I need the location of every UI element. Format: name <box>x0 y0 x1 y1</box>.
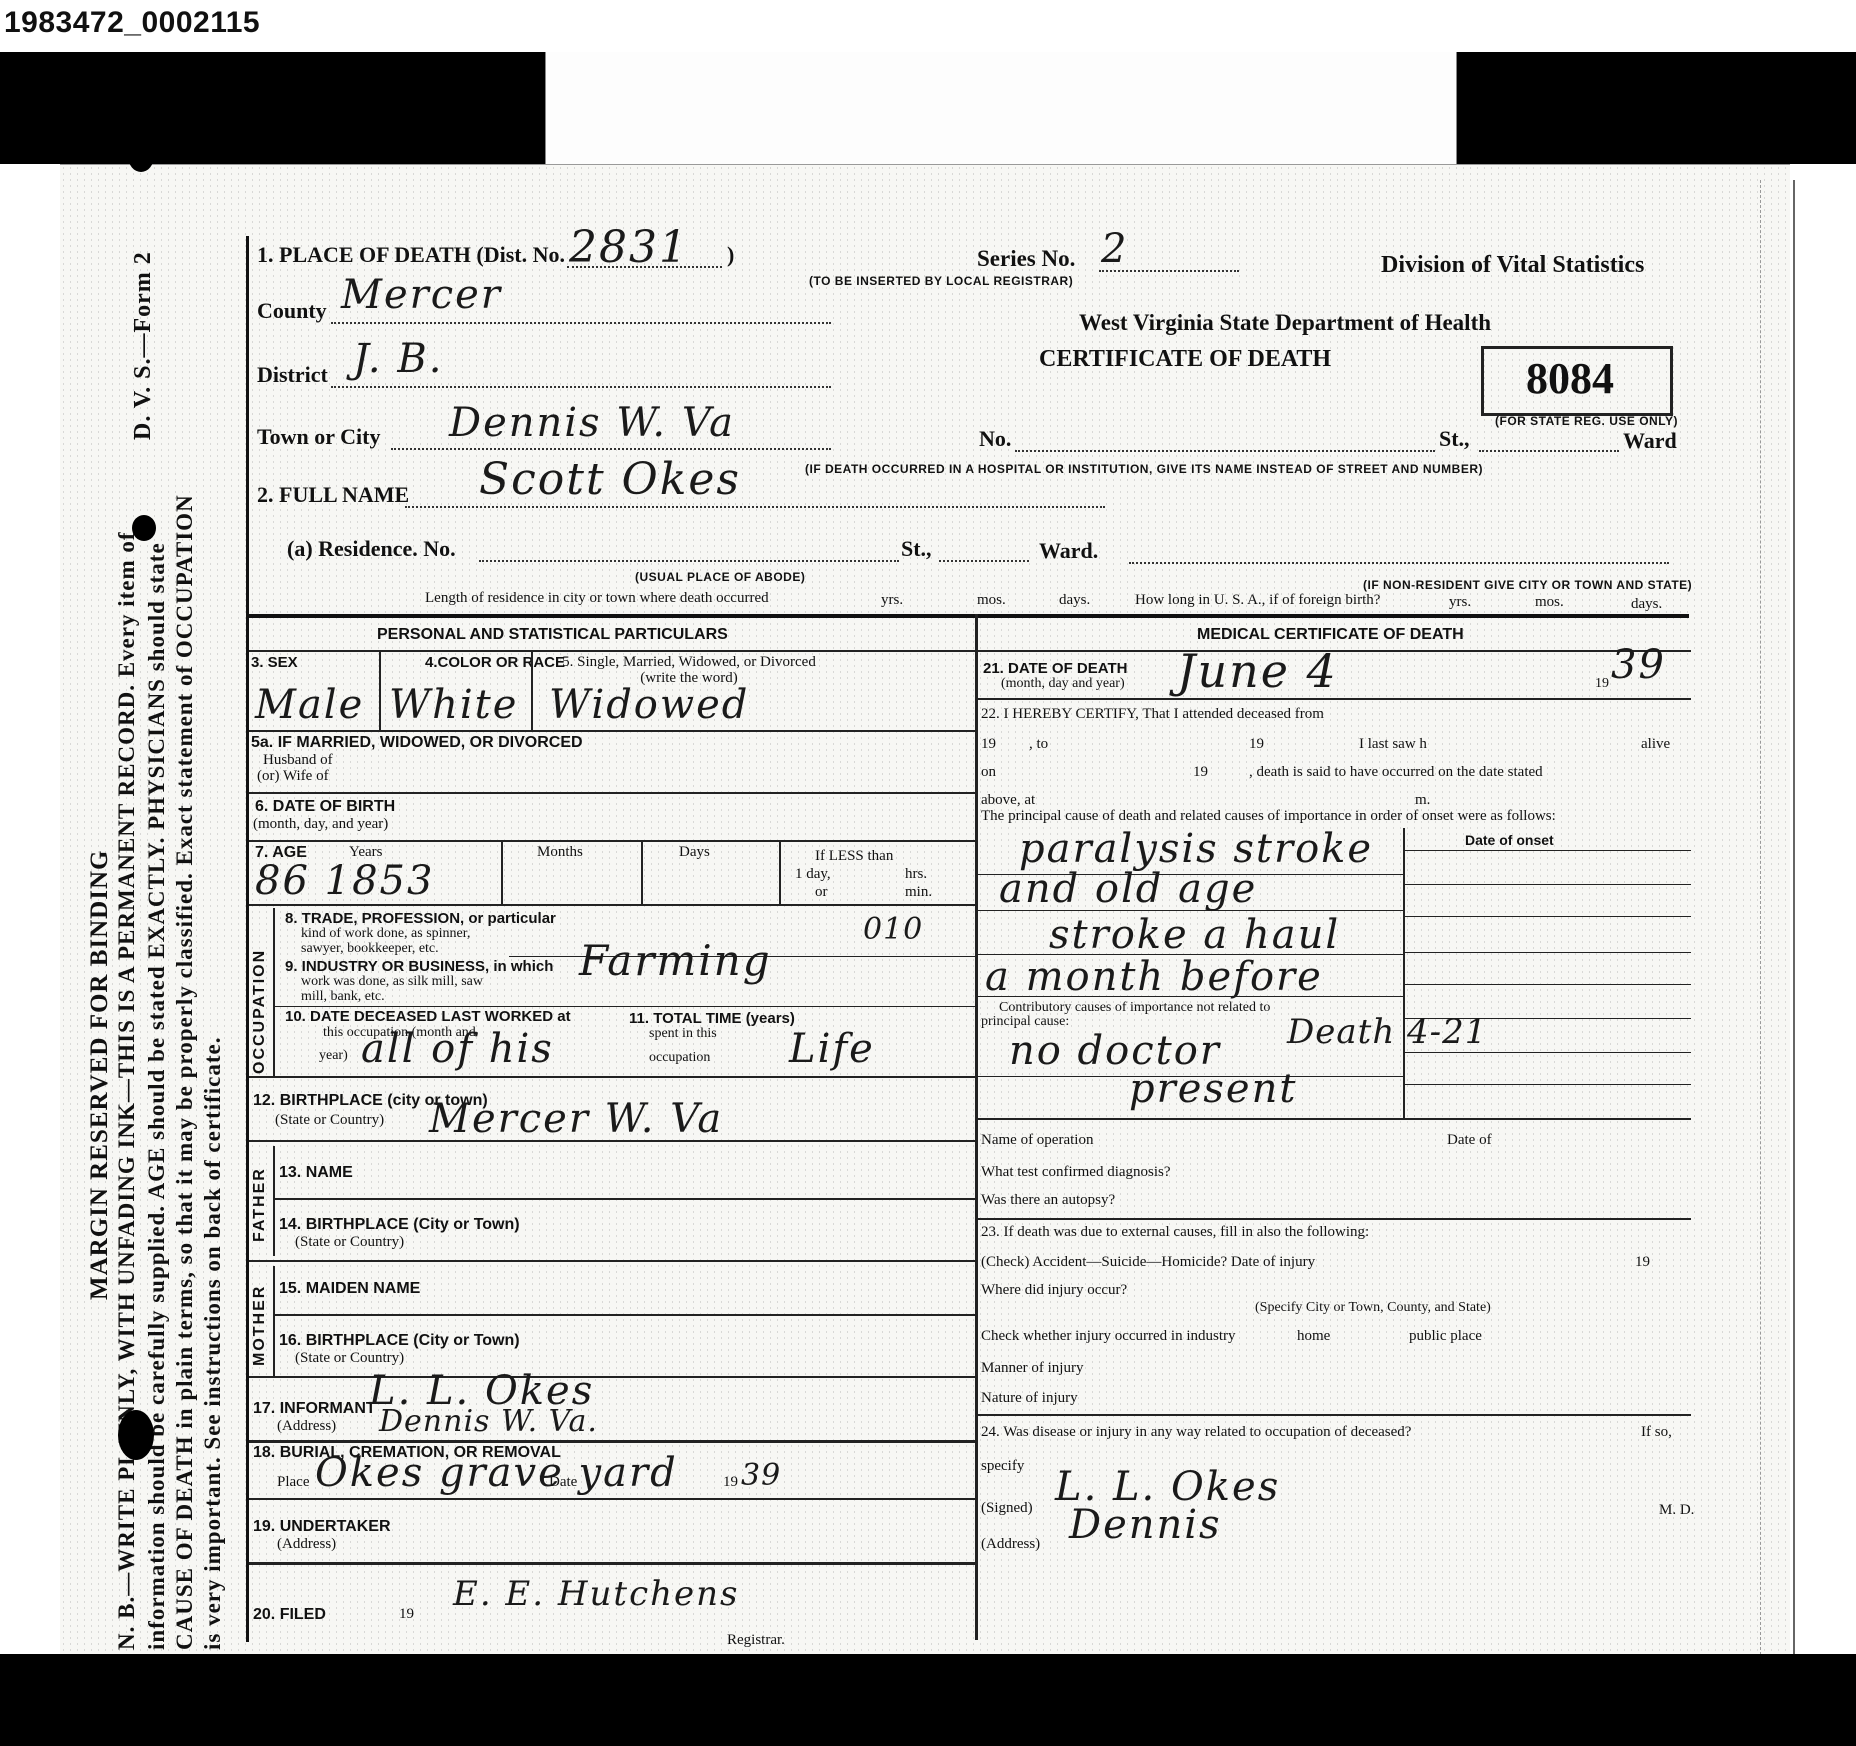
informant-address[interactable]: Dennis W. Va. <box>379 1404 598 1439</box>
certificate-title: CERTIFICATE OF DEATH <box>1039 346 1331 373</box>
cause-line-4[interactable]: a month before <box>985 954 1323 1000</box>
operation-label: Name of operation <box>981 1132 1093 1149</box>
scan-border-bottom <box>0 1654 1856 1746</box>
residence-st-label: St., <box>901 536 932 562</box>
industry-label: 9. INDUSTRY OR BUSINESS, in which <box>285 958 553 975</box>
marital-value[interactable]: Widowed <box>549 682 749 728</box>
state-number: 8084 <box>1526 353 1614 404</box>
cause-line-3[interactable]: stroke a haul <box>1049 912 1340 958</box>
medical-section-title: MEDICAL CERTIFICATE OF DEATH <box>1197 626 1464 644</box>
instruction-line-1: N. B.—WRITE PLAINLY, WITH UNFADING INK—T… <box>114 531 140 1650</box>
total-time-label: 11. TOTAL TIME (years) <box>629 1010 795 1027</box>
physician-address-value[interactable]: Dennis <box>1069 1502 1222 1548</box>
place-ward-label: Ward <box>1623 428 1677 454</box>
scan-border-left <box>0 52 545 164</box>
mother-maiden-label: 15. MAIDEN NAME <box>279 1280 420 1298</box>
ink-blot <box>132 515 156 541</box>
dod-year-value[interactable]: 39 <box>1611 642 1666 688</box>
district-label: District <box>257 362 328 388</box>
ink-blot <box>128 140 154 172</box>
check-injury-label: (Check) Accident—Suicide—Homicide? Date … <box>981 1254 1315 1271</box>
town-label: Town or City <box>257 424 380 450</box>
usa-residence-label: How long in U. S. A., if of foreign birt… <box>1135 592 1380 609</box>
nonresident-note: (IF NON-RESIDENT GIVE CITY OR TOWN AND S… <box>1363 578 1692 592</box>
burial-place-value[interactable]: Okes grave yard <box>315 1450 678 1496</box>
county-label: County <box>257 298 327 324</box>
physician-address-label: (Address) <box>981 1536 1040 1553</box>
series-number[interactable]: 2 <box>1101 226 1128 272</box>
full-name-label: 2. FULL NAME <box>257 482 409 508</box>
date-of-onset-label: Date of onset <box>1465 832 1554 848</box>
margin-reserved-note: MARGIN RESERVED FOR BINDING <box>86 850 114 1300</box>
race-label: 4.COLOR OR RACE <box>425 654 565 671</box>
registrar-signature[interactable]: E. E. Hutchens <box>453 1574 740 1614</box>
signed-label: (Signed) <box>981 1500 1033 1517</box>
dist-no-note: (TO BE INSERTED BY LOCAL REGISTRAR) <box>809 274 1073 288</box>
paper-top-tab <box>545 52 1457 166</box>
town-value[interactable]: Dennis W. Va <box>449 400 735 446</box>
nature-injury-label: Nature of injury <box>981 1390 1078 1407</box>
father-birthplace-label: 14. BIRTHPLACE (City or Town) <box>279 1216 520 1234</box>
father-side-label: FATHER <box>251 1167 269 1242</box>
hospital-note: (IF DEATH OCCURRED IN A HOSPITAL OR INST… <box>805 462 1483 476</box>
cause-line-2[interactable]: and old age <box>999 866 1257 912</box>
test-label: What test confirmed diagnosis? <box>981 1164 1171 1181</box>
form-number: D. V. S.—Form 2 <box>130 251 157 440</box>
undertaker-label: 19. UNDERTAKER <box>253 1518 391 1536</box>
state-number-box: 8084 <box>1481 346 1673 416</box>
race-value[interactable]: White <box>389 682 518 728</box>
trade-annotation: 010 <box>863 912 923 947</box>
dod-value[interactable]: June 4 <box>1177 644 1338 698</box>
ink-blot <box>118 1410 154 1460</box>
county-value[interactable]: Mercer <box>341 272 502 318</box>
instruction-line-4: is very important. See instructions on b… <box>200 1037 226 1650</box>
manner-injury-label: Manner of injury <box>981 1360 1083 1377</box>
usual-abode-note: (USUAL PLACE OF ABODE) <box>635 570 805 584</box>
mother-birthplace-label: 16. BIRTHPLACE (City or Town) <box>279 1332 520 1350</box>
age-years-value[interactable]: 86 1853 <box>255 858 434 904</box>
paper-edge <box>1760 180 1795 1655</box>
death-margin-note: Death 4-21 <box>1287 1012 1487 1052</box>
contributory-line-2[interactable]: present <box>1129 1066 1297 1112</box>
place-st-label: St., <box>1439 426 1470 452</box>
filed-label: 20. FILED <box>253 1606 326 1624</box>
certify-label: 22. I HEREBY CERTIFY, That I attended de… <box>981 706 1324 723</box>
scan-border-right <box>1455 52 1856 164</box>
informant-label: 17. INFORMANT <box>253 1400 376 1418</box>
dod-label: 21. DATE OF DEATH <box>983 660 1127 677</box>
instruction-line-3: CAUSE OF DEATH in plain terms, so that i… <box>172 494 198 1650</box>
principal-cause-label: The principal cause of death and related… <box>981 808 1556 825</box>
length-residence-label: Length of residence in city or town wher… <box>425 590 769 607</box>
last-worked-label: 10. DATE DECEASED LAST WORKED at <box>285 1008 571 1025</box>
place-of-death-label: 1. PLACE OF DEATH (Dist. No. <box>257 242 565 268</box>
place-no-label: No. <box>979 426 1011 452</box>
occupation-related-label: 24. Was disease or injury in any way rel… <box>981 1424 1411 1441</box>
series-label: Series No. <box>977 246 1075 272</box>
burial-year-value[interactable]: 39 <box>741 1458 781 1493</box>
residence-ward-label: Ward. <box>1039 538 1098 564</box>
last-worked-value[interactable]: all of his <box>361 1026 554 1072</box>
residence-label: (a) Residence. No. <box>287 536 456 562</box>
mother-side-label: MOTHER <box>251 1285 269 1366</box>
occupation-side-label: OCCUPATION <box>251 949 269 1074</box>
external-causes-label: 23. If death was due to external causes,… <box>981 1224 1369 1241</box>
sex-value[interactable]: Male <box>255 682 364 728</box>
trade-label: 8. TRADE, PROFESSION, or particular <box>285 910 556 927</box>
autopsy-label: Was there an autopsy? <box>981 1192 1115 1209</box>
birthplace-value[interactable]: Mercer W. Va <box>429 1096 723 1142</box>
district-number[interactable]: 2831 <box>569 222 689 273</box>
specify-label: specify <box>981 1458 1024 1475</box>
full-name-value[interactable]: Scott Okes <box>479 454 741 505</box>
where-injury-label: Where did injury occur? <box>981 1282 1127 1299</box>
dob-label: 6. DATE OF BIRTH <box>255 798 395 816</box>
industry-injury-label: Check whether injury occurred in industr… <box>981 1328 1236 1345</box>
margin-instructions: D. V. S.—Form 2 MARGIN RESERVED FOR BIND… <box>70 240 220 1660</box>
district-value[interactable]: J. B. <box>353 336 443 382</box>
death-certificate-form: 1. PLACE OF DEATH (Dist. No. 2831 ) (TO … <box>246 236 1709 1642</box>
sex-label: 3. SEX <box>251 654 298 671</box>
trade-value[interactable]: Farming <box>579 936 772 985</box>
father-name-label: 13. NAME <box>279 1164 353 1182</box>
total-time-value[interactable]: Life <box>789 1026 875 1072</box>
instruction-line-2: information should be carefully supplied… <box>144 542 170 1650</box>
state-number-note: (FOR STATE REG. USE ONLY) <box>1495 414 1678 428</box>
division-title: Division of Vital Statistics <box>1381 252 1644 279</box>
personal-section-title: PERSONAL AND STATISTICAL PARTICULARS <box>377 626 728 644</box>
document-id: 1983472_0002115 <box>4 6 260 40</box>
spouse-label: 5a. IF MARRIED, WIDOWED, OR DIVORCED <box>251 734 583 752</box>
department-title: West Virginia State Department of Health <box>1079 310 1491 336</box>
